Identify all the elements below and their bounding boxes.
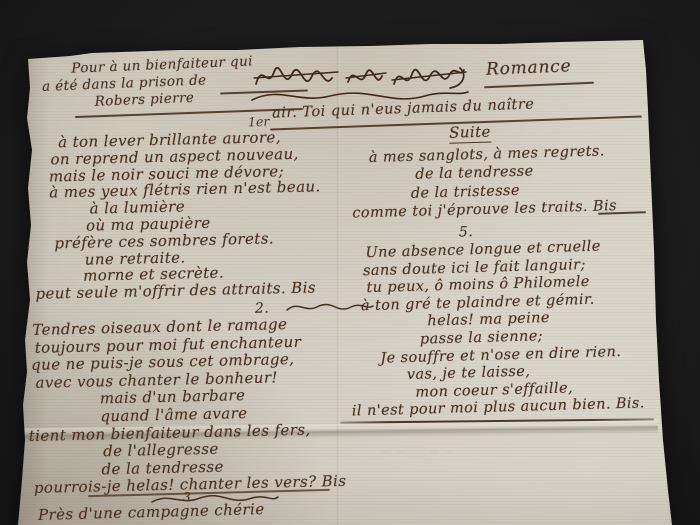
right-column: Suite à mes sanglots, à mes regrets. de … [344,117,682,421]
stanza-1-mark: 1er [248,114,270,130]
romance-title: Romance [486,56,572,80]
verso-showthrough: ~ ~ ­ ~ ~ ~ [380,445,455,460]
suite-header: Suite [449,123,491,144]
stanza-2: Tendres oiseaux dont le ramage toujours … [50,315,359,498]
dedication-block: Pour à un bienfaiteur qui a été dans la … [71,53,255,111]
paper-sheet: Pour à un bienfaiteur qui a été dans la … [0,0,700,525]
stanza-1: à ton lever brillante aurore, on reprend… [46,128,355,303]
stanza-5: Une absence longue et cruelle sans doute… [347,236,682,421]
stanza-4: à mes sanglots, à mes regrets. de la ten… [345,141,677,223]
manuscript-line: comme toi j'éprouve les traits. Bis [352,195,676,222]
manuscript-page: Pour à un bienfaiteur qui a été dans la … [0,0,700,525]
photo-background: Pour à un bienfaiteur qui a été dans la … [0,0,700,525]
